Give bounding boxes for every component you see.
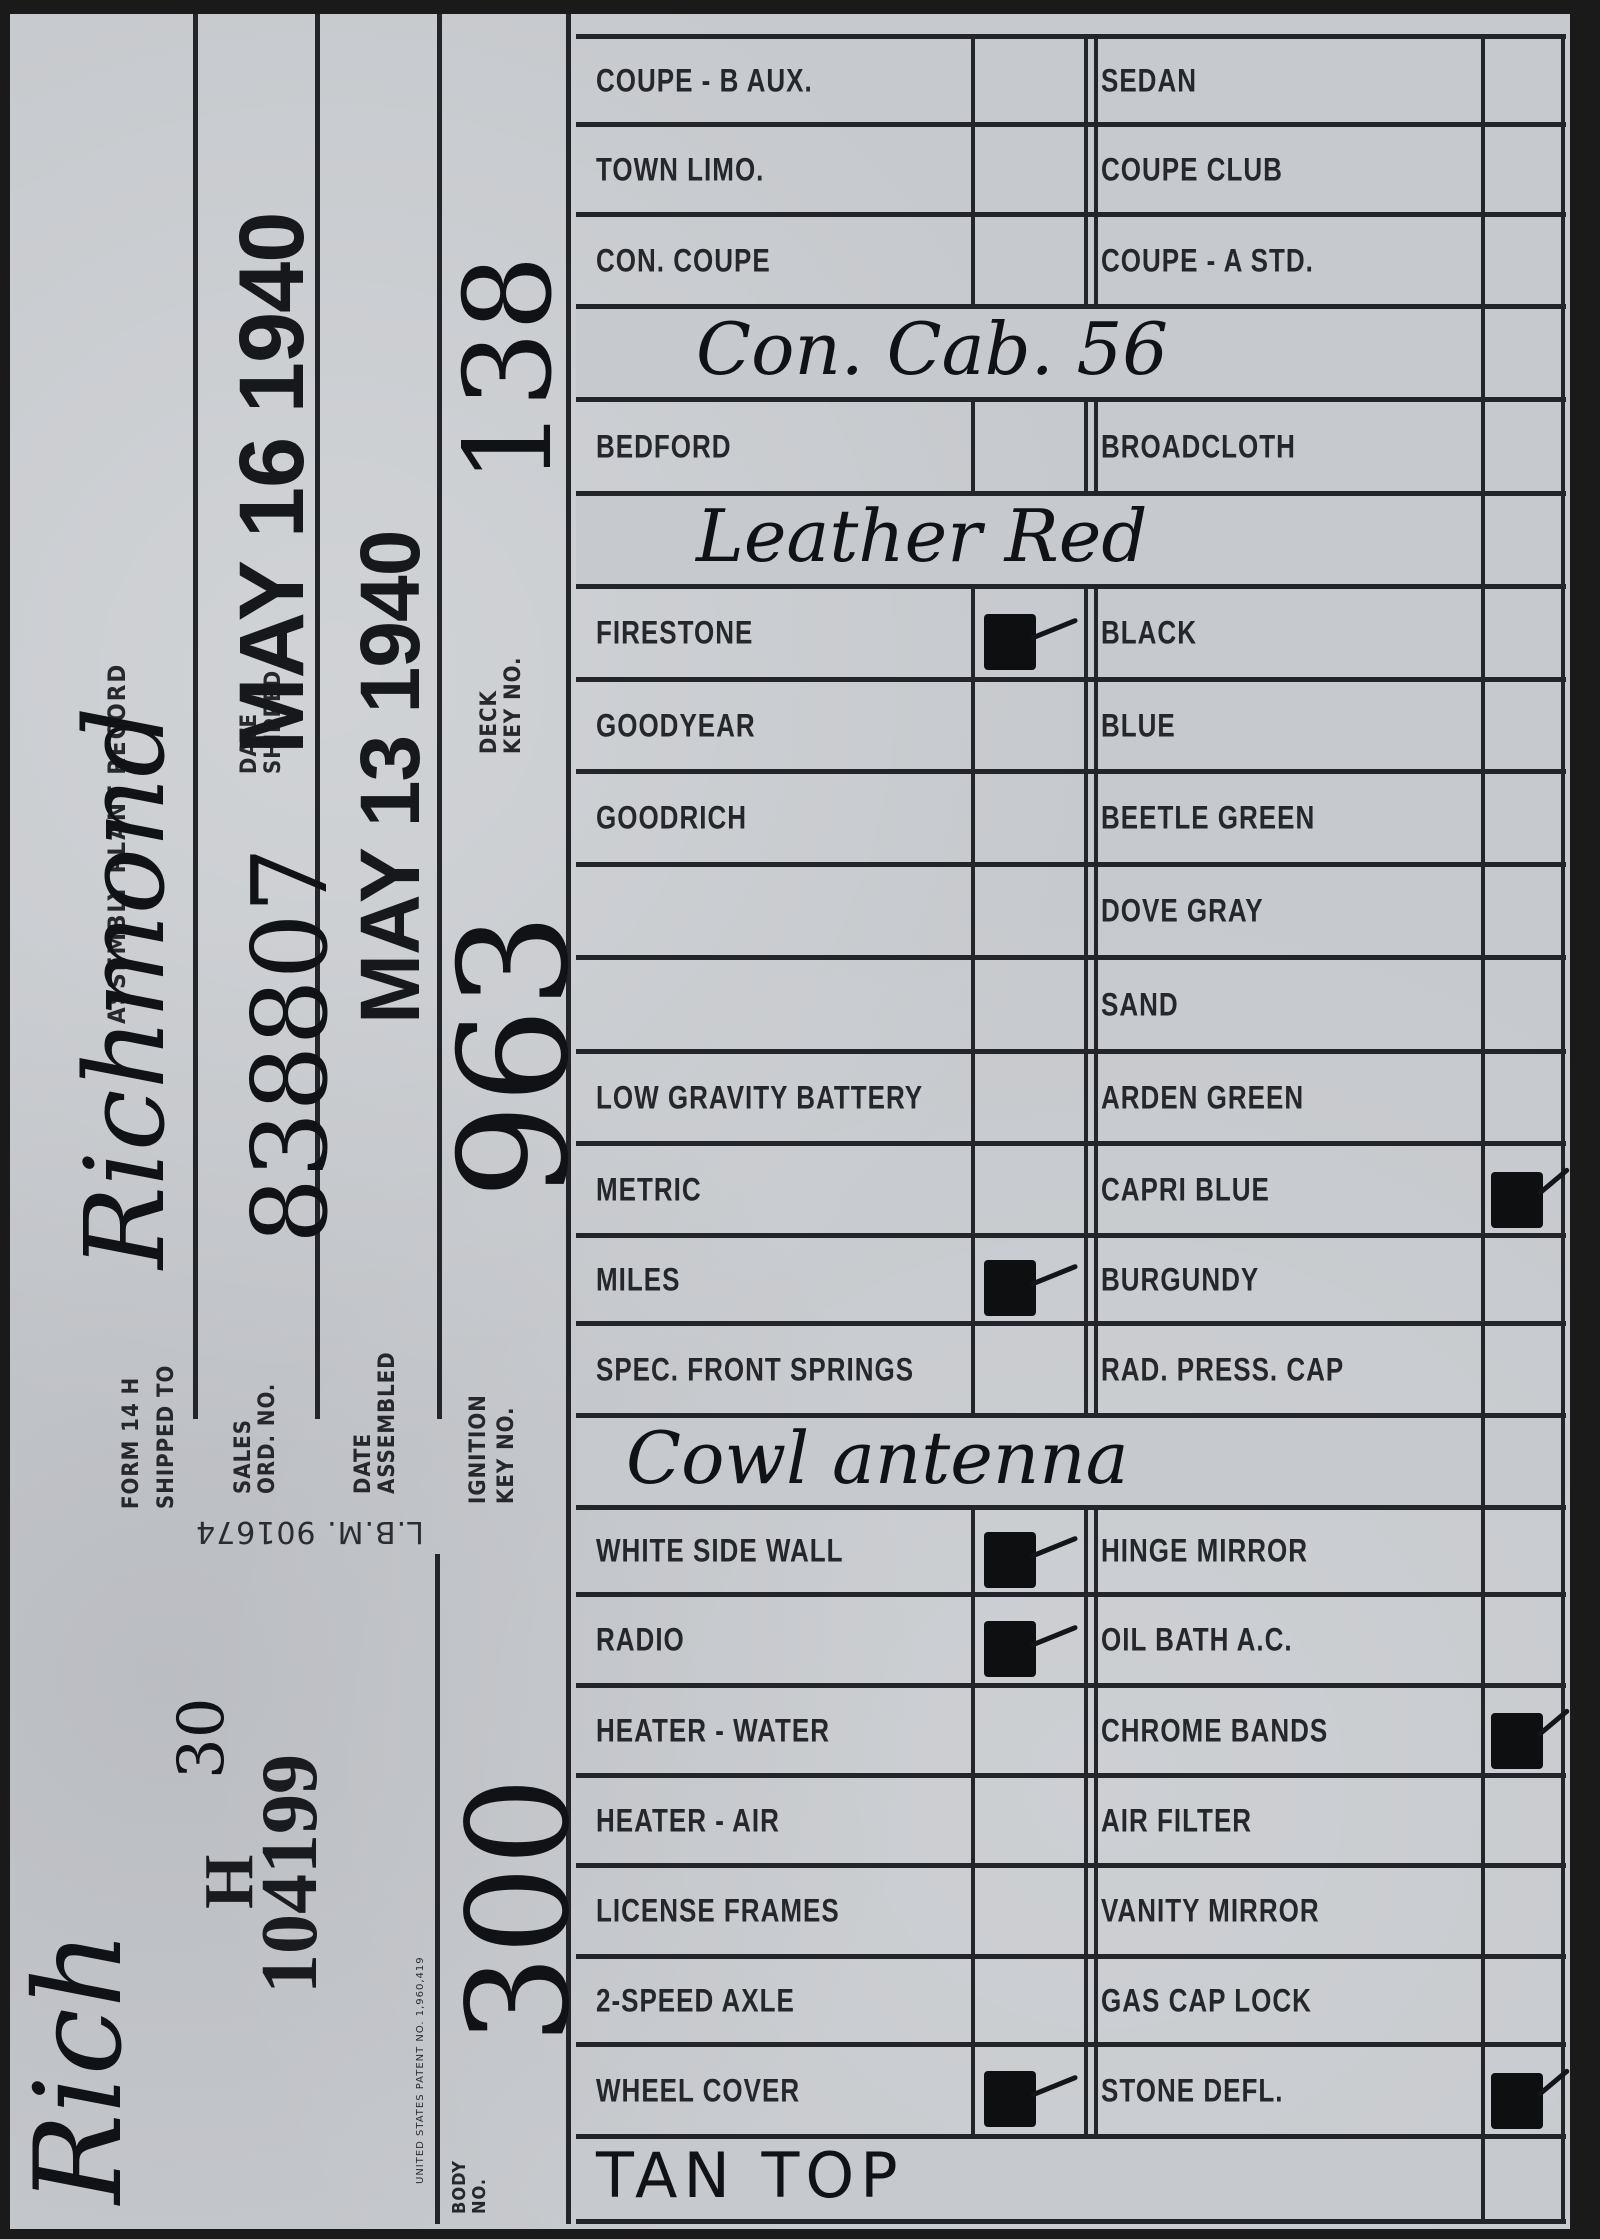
- option-row-firestone: FIRESTONEBLACK: [576, 589, 1566, 682]
- option-label-wheel-cover: WHEEL COVER: [596, 2071, 800, 2110]
- check-mark-icon: [984, 614, 1036, 670]
- check-mark-icon: [984, 1532, 1036, 1588]
- option-label-chrome-bands: CHROME BANDS: [1101, 1711, 1328, 1750]
- ignition-key-value: 963: [440, 913, 590, 1199]
- plant-stamp-prefix: H: [195, 1855, 265, 1909]
- option-row-2-speed-axle: 2-SPEED AXLEGAS CAP LOCK: [576, 1959, 1566, 2047]
- option-row-miles: MILESBURGUNDY: [576, 1238, 1566, 1326]
- option-label-gas-cap-lock: GAS CAP LOCK: [1101, 1981, 1312, 2020]
- checkbox-goodrich-left[interactable]: [975, 774, 1084, 862]
- checkbox-row-10-left[interactable]: [975, 960, 1084, 1049]
- option-label-spec-front-springs: SPEC. FRONT SPRINGS: [596, 1350, 914, 1389]
- grid-rule-right-check: [1481, 2139, 1485, 2219]
- rule-date-assembled: [437, 14, 442, 1419]
- option-label-bedford: BEDFORD: [596, 427, 732, 466]
- shipped-to-label: SHIPPED TO: [155, 1365, 179, 1509]
- grid-rule-right-edge: [1561, 1418, 1565, 1505]
- option-label-sedan: SEDAN: [1101, 61, 1197, 100]
- option-row-low-gravity-battery: LOW GRAVITY BATTERYARDEN GREEN: [576, 1054, 1566, 1146]
- checkbox-goodyear-left[interactable]: [975, 682, 1084, 769]
- checkbox-hinge-mirror-right[interactable]: [1485, 1510, 1561, 1592]
- checkbox-sand-right[interactable]: [1485, 960, 1561, 1049]
- patent-text: UNITED STATES PATENT NO. 1,960,419: [415, 1956, 426, 2184]
- option-row-metric: METRICCAPRI BLUE: [576, 1146, 1566, 1238]
- checkbox-heater-water-left[interactable]: [975, 1688, 1084, 1773]
- option-label-low-gravity-battery: LOW GRAVITY BATTERY: [596, 1078, 923, 1117]
- option-label-goodrich: GOODRICH: [596, 799, 747, 838]
- grid-rule-right-check: [1481, 309, 1485, 397]
- checkbox-gas-cap-lock-right[interactable]: [1485, 1959, 1561, 2042]
- handwritten-note: Leather Red: [696, 494, 1147, 578]
- option-label-coupe-b-aux: COUPE - B AUX.: [596, 61, 813, 100]
- checkbox-coupe-b-aux-left[interactable]: [975, 39, 1084, 122]
- checkbox-blue-right[interactable]: [1485, 682, 1561, 769]
- grid-rule-right-edge: [1561, 496, 1565, 584]
- checkbox-dove-gray-right[interactable]: [1485, 867, 1561, 955]
- option-label-burgundy: BURGUNDY: [1101, 1260, 1259, 1299]
- body-no-value: 300: [450, 1777, 590, 2044]
- check-mark-icon: [984, 2071, 1036, 2127]
- option-row-goodyear: GOODYEARBLUE: [576, 682, 1566, 774]
- options-grid: COUPE - B AUX.SEDANTOWN LIMO.COUPE CLUBC…: [576, 34, 1566, 2224]
- option-label-coupe-a-std: COUPE - A STD.: [1101, 241, 1314, 280]
- checkbox-black-right[interactable]: [1485, 589, 1561, 677]
- option-label-vanity-mirror: VANITY MIRROR: [1101, 1892, 1320, 1931]
- grid-rule-right-edge: [1561, 309, 1565, 397]
- option-row-heater-water: HEATER - WATERCHROME BANDS: [576, 1688, 1566, 1778]
- sales-order-label: SALES ORD. NO.: [232, 1383, 280, 1494]
- option-label-white-side-wall: WHITE SIDE WALL: [596, 1532, 844, 1571]
- option-label-goodyear: GOODYEAR: [596, 706, 756, 745]
- checkbox-coupe-club-right[interactable]: [1485, 127, 1561, 212]
- option-row-dove-gray: DOVE GRAY: [576, 867, 1566, 960]
- option-label-oil-bath-a-c: OIL BATH A.C.: [1101, 1621, 1293, 1660]
- option-label-heater-air: HEATER - AIR: [596, 1801, 780, 1840]
- checkbox-con-coupe-left[interactable]: [975, 217, 1084, 304]
- checkbox-oil-bath-a-c-right[interactable]: [1485, 1597, 1561, 1683]
- assembly-plant-record-card: FORM 14 H SHIPPED TO Assembly Plant Reco…: [10, 14, 1570, 2229]
- checkbox-2-speed-axle-left[interactable]: [975, 1959, 1084, 2042]
- deck-key-label: DECK KEY NO.: [478, 656, 526, 754]
- form-label: FORM 14 H: [120, 1377, 144, 1509]
- checkbox-air-filter-right[interactable]: [1485, 1778, 1561, 1863]
- handwritten-row-tan-top: TAN TOP: [576, 2139, 1566, 2224]
- date-assembled-label: DATE ASSEMBLED: [352, 1351, 400, 1494]
- option-label-stone-defl: STONE DEFL.: [1101, 2071, 1283, 2110]
- handwritten-note: TAN TOP: [596, 2139, 904, 2212]
- check-mark-icon: [1491, 1713, 1543, 1769]
- checkbox-low-gravity-battery-left[interactable]: [975, 1054, 1084, 1141]
- option-label-blue: BLUE: [1101, 706, 1176, 745]
- option-row-white-side-wall: WHITE SIDE WALLHINGE MIRROR: [576, 1510, 1566, 1597]
- option-label-2-speed-axle: 2-SPEED AXLE: [596, 1981, 795, 2020]
- option-label-beetle-green: BEETLE GREEN: [1101, 799, 1315, 838]
- checkbox-heater-air-left[interactable]: [975, 1778, 1084, 1863]
- option-label-broadcloth: BROADCLOTH: [1101, 427, 1296, 466]
- option-row-goodrich: GOODRICHBEETLE GREEN: [576, 774, 1566, 867]
- handwritten-note: Con. Cab. 56: [696, 307, 1168, 391]
- option-row-wheel-cover: WHEEL COVERSTONE DEFL.: [576, 2047, 1566, 2139]
- grid-rule-right-edge: [1561, 2139, 1565, 2219]
- checkbox-arden-green-right[interactable]: [1485, 1054, 1561, 1141]
- plant-stamp-superscript: 30: [170, 1698, 234, 1779]
- option-label-air-filter: AIR FILTER: [1101, 1801, 1252, 1840]
- option-label-hinge-mirror: HINGE MIRROR: [1101, 1532, 1308, 1571]
- handwritten-row-cowl-antenna: Cowl antenna: [576, 1418, 1566, 1510]
- option-label-heater-water: HEATER - WATER: [596, 1711, 830, 1750]
- option-label-firestone: FIRESTONE: [596, 614, 753, 653]
- check-mark-icon: [984, 1621, 1036, 1677]
- option-label-town-limo: TOWN LIMO.: [596, 150, 764, 189]
- option-row-con-coupe: CON. COUPECOUPE - A STD.: [576, 217, 1566, 309]
- option-label-rad-press-cap: RAD. PRESS. CAP: [1101, 1350, 1344, 1389]
- option-row-license-frames: LICENSE FRAMESVANITY MIRROR: [576, 1868, 1566, 1959]
- check-mark-icon: [984, 1260, 1036, 1316]
- ignition-key-label: IGNITION KEY NO.: [465, 1394, 521, 1504]
- printer-mark: L.B.M. 901674: [195, 1514, 424, 1549]
- option-label-black: BLACK: [1101, 614, 1197, 653]
- plant-handwritten: Rich: [20, 1931, 140, 2204]
- checkbox-metric-left[interactable]: [975, 1146, 1084, 1233]
- option-label-metric: METRIC: [596, 1170, 702, 1209]
- option-label-radio: RADIO: [596, 1621, 685, 1660]
- checkbox-beetle-green-right[interactable]: [1485, 774, 1561, 862]
- option-row-coupe-b-aux: COUPE - B AUX.SEDAN: [576, 34, 1566, 127]
- grid-rule-right-check: [1481, 496, 1485, 584]
- checkbox-license-frames-left[interactable]: [975, 1868, 1084, 1954]
- handwritten-note: Cowl antenna: [626, 1415, 1129, 1499]
- option-label-sand: SAND: [1101, 985, 1179, 1024]
- checkbox-sedan-right[interactable]: [1485, 39, 1561, 122]
- handwritten-row-leather-red: Leather Red: [576, 496, 1566, 589]
- body-no-label: BODY NO.: [450, 2160, 490, 2214]
- shipped-to-value: Richmond: [70, 707, 180, 1269]
- option-label-miles: MILES: [596, 1260, 680, 1299]
- option-label-license-frames: LICENSE FRAMES: [596, 1892, 840, 1931]
- option-row-sand: SAND: [576, 960, 1566, 1054]
- checkbox-broadcloth-right[interactable]: [1485, 402, 1561, 491]
- checkbox-vanity-mirror-right[interactable]: [1485, 1868, 1561, 1954]
- checkbox-spec-front-springs-left[interactable]: [975, 1326, 1084, 1413]
- date-shipped-value: MAY 16 1940: [225, 213, 320, 754]
- deck-key-value: 138: [450, 255, 570, 484]
- checkbox-bedford-left[interactable]: [975, 402, 1084, 491]
- option-label-coupe-club: COUPE CLUB: [1101, 150, 1283, 189]
- option-row-spec-front-springs: SPEC. FRONT SPRINGSRAD. PRESS. CAP: [576, 1326, 1566, 1418]
- check-mark-icon: [1491, 1172, 1543, 1228]
- checkbox-row-9-left[interactable]: [975, 867, 1084, 955]
- option-label-con-coupe: CON. COUPE: [596, 241, 771, 280]
- checkbox-coupe-a-std-right[interactable]: [1485, 217, 1561, 304]
- option-row-town-limo: TOWN LIMO.COUPE CLUB: [576, 127, 1566, 217]
- rule-shipped-to: [193, 14, 198, 1419]
- option-label-capri-blue: CAPRI BLUE: [1101, 1170, 1270, 1209]
- option-label-dove-gray: DOVE GRAY: [1101, 892, 1264, 931]
- option-label-arden-green: ARDEN GREEN: [1101, 1078, 1304, 1117]
- sales-order-value: 838807: [238, 847, 342, 1244]
- checkbox-rad-press-cap-right[interactable]: [1485, 1326, 1561, 1413]
- grid-rule-right-check: [1481, 1418, 1485, 1505]
- option-row-radio: RADIOOIL BATH A.C.: [576, 1597, 1566, 1688]
- date-assembled-value: MAY 13 1940: [345, 531, 435, 1024]
- checkbox-burgundy-right[interactable]: [1485, 1238, 1561, 1321]
- option-row-bedford: BEDFORDBROADCLOTH: [576, 402, 1566, 496]
- checkbox-town-limo-left[interactable]: [975, 127, 1084, 212]
- handwritten-row-con-cab-56: Con. Cab. 56: [576, 309, 1566, 402]
- check-mark-icon: [1491, 2073, 1543, 2129]
- option-row-heater-air: HEATER - AIRAIR FILTER: [576, 1778, 1566, 1868]
